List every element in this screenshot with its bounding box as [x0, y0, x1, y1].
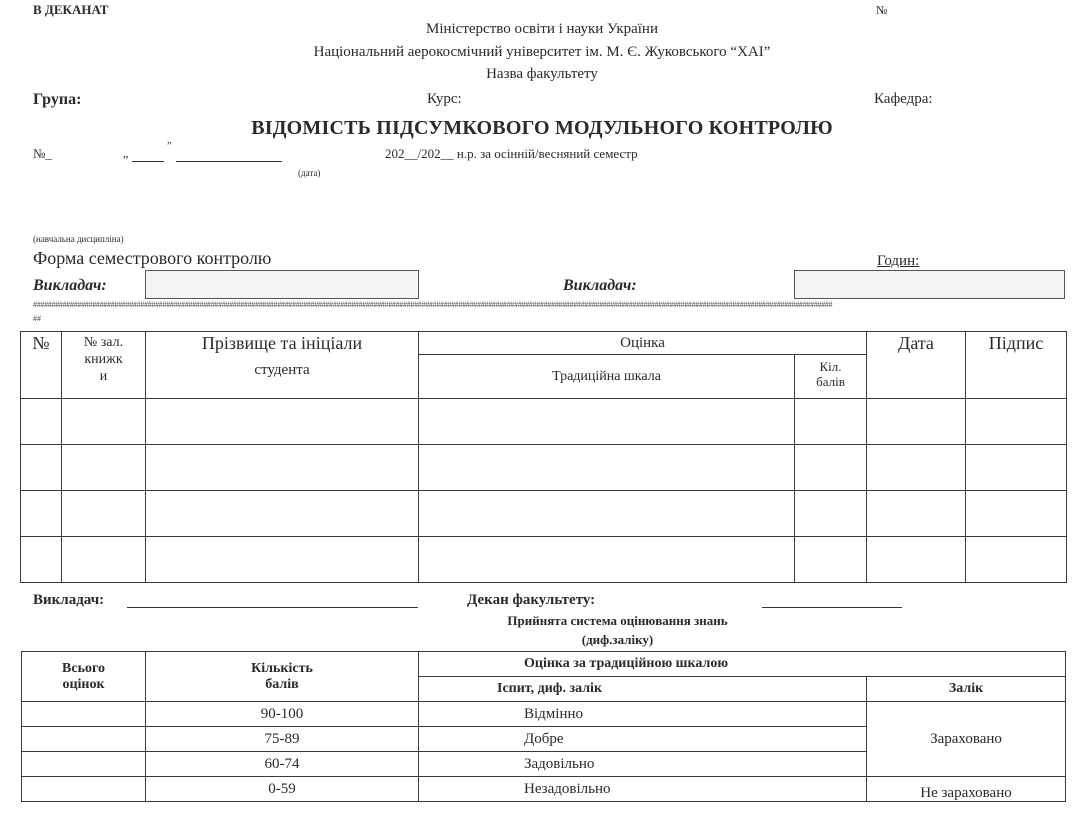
col-header-date: Дата	[867, 332, 966, 399]
students-grades-table: № № зал. книжк и Прізвище та ініціали ст…	[20, 331, 1067, 583]
cell-record-book[interactable]	[62, 491, 146, 537]
cell-number[interactable]	[21, 445, 62, 491]
hash-overflow-line-continued: ##	[33, 314, 41, 323]
teacher-field-right[interactable]	[794, 270, 1065, 299]
form-of-control-label: Форма семестрового контролю	[33, 248, 271, 269]
cell-range: 75-89	[146, 727, 419, 752]
date-day-field[interactable]	[132, 161, 164, 162]
cell-total[interactable]	[22, 727, 146, 752]
col-header-traditional-scale: Оцінка за традиційною шкалою	[419, 652, 1066, 677]
discipline-caption: (навчальна дисципліна)	[33, 234, 124, 244]
cell-range: 0-59	[146, 777, 419, 802]
document-number-label: №	[876, 3, 887, 18]
cell-number[interactable]	[21, 537, 62, 583]
academic-year-line: 202__/202__ н.р. за осінній/весняний сем…	[385, 146, 638, 162]
faculty-name: Назва факультету	[0, 66, 1084, 83]
dean-signature-label: Декан факультету:	[467, 592, 595, 609]
grading-system-subtitle: (диф.заліку)	[465, 632, 770, 648]
col-header-number: №	[21, 332, 62, 399]
cell-credit-passed: Зараховано	[867, 702, 1066, 777]
cell-range: 90-100	[146, 702, 419, 727]
table-row	[21, 445, 1067, 491]
teacher-signature-field[interactable]	[127, 607, 418, 608]
cell-traditional-scale[interactable]	[419, 491, 795, 537]
cell-traditional-scale[interactable]	[419, 537, 795, 583]
cell-total[interactable]	[22, 777, 146, 802]
grade-row: 0-59 Незадовільно Не зараховано	[22, 777, 1066, 802]
points-count-line-2: балів	[146, 677, 418, 693]
cell-exam-grade: Задовільно	[419, 752, 867, 777]
teacher-field-left[interactable]	[145, 270, 419, 299]
cell-points[interactable]	[795, 491, 867, 537]
table-row	[21, 537, 1067, 583]
col-header-total-grades: Всього оцінок	[22, 652, 146, 702]
cell-signature[interactable]	[966, 399, 1067, 445]
document-title: ВІДОМІСТЬ ПІДСУМКОВОГО МОДУЛЬНОГО КОНТРО…	[0, 117, 1084, 140]
date-caption: (дата)	[298, 168, 320, 178]
points-line-1: Кіл.	[795, 359, 866, 374]
cell-record-book[interactable]	[62, 399, 146, 445]
group-label: Група:	[33, 91, 81, 109]
table-row	[21, 491, 1067, 537]
grading-scale-table: Всього оцінок Кількість балів Оцінка за …	[21, 651, 1066, 802]
record-book-line-2: книжк	[62, 351, 145, 368]
student-name-line-2: студента	[146, 362, 418, 379]
quote-open: „	[123, 146, 128, 161]
ministry-name: Міністерство освіти і науки України	[0, 21, 1084, 38]
col-header-signature: Підпис	[966, 332, 1067, 399]
grading-system-title: Прийнята система оцінювання знань	[465, 613, 770, 629]
date-month-field[interactable]	[176, 161, 282, 162]
cell-credit-failed: Не зараховано	[867, 777, 1066, 802]
col-header-record-book: № зал. книжк и	[62, 332, 146, 399]
cell-signature[interactable]	[966, 537, 1067, 583]
cell-date[interactable]	[867, 491, 966, 537]
cell-student-name[interactable]	[146, 491, 419, 537]
col-header-exam: Іспит, диф. залік	[419, 677, 867, 702]
cell-exam-grade: Добре	[419, 727, 867, 752]
col-header-grade: Оцінка	[419, 332, 867, 355]
hash-overflow-line: ########################################…	[33, 300, 1053, 309]
col-header-traditional-scale: Традиційна шкала	[419, 355, 795, 399]
department-label: Кафедра:	[874, 91, 933, 108]
cell-exam-grade: Незадовільно	[419, 777, 867, 802]
record-book-line-3: и	[62, 368, 145, 385]
record-book-line-1: № зал.	[62, 334, 145, 351]
total-line-2: оцінок	[22, 677, 145, 693]
grade-row: 90-100 Відмінно Зараховано	[22, 702, 1066, 727]
col-header-credit: Залік	[867, 677, 1066, 702]
hours-label: Годин:	[877, 253, 919, 270]
cell-range: 60-74	[146, 752, 419, 777]
cell-points[interactable]	[795, 445, 867, 491]
cell-total[interactable]	[22, 752, 146, 777]
cell-date[interactable]	[867, 399, 966, 445]
teacher-label-right: Викладач:	[563, 277, 637, 295]
to-dean-office-label: В ДЕКАНАТ	[33, 2, 108, 18]
col-header-points: Кіл. балів	[795, 355, 867, 399]
cell-number[interactable]	[21, 399, 62, 445]
student-name-line-1: Прізвище та ініціали	[146, 333, 418, 354]
cell-student-name[interactable]	[146, 445, 419, 491]
dean-signature-field[interactable]	[762, 607, 902, 608]
cell-signature[interactable]	[966, 491, 1067, 537]
course-label: Курс:	[427, 91, 462, 108]
points-line-2: балів	[795, 374, 866, 389]
col-header-points-count: Кількість балів	[146, 652, 419, 702]
table-row	[21, 399, 1067, 445]
cell-date[interactable]	[867, 537, 966, 583]
university-name: Національний аерокосмічний університет і…	[0, 44, 1084, 61]
cell-signature[interactable]	[966, 445, 1067, 491]
quote-close: ”	[167, 141, 171, 152]
col-header-student-name: Прізвище та ініціали студента	[146, 332, 419, 399]
cell-points[interactable]	[795, 399, 867, 445]
cell-exam-grade: Відмінно	[419, 702, 867, 727]
cell-record-book[interactable]	[62, 537, 146, 583]
cell-student-name[interactable]	[146, 399, 419, 445]
cell-total[interactable]	[22, 702, 146, 727]
total-line-1: Всього	[22, 661, 145, 677]
cell-traditional-scale[interactable]	[419, 445, 795, 491]
cell-number[interactable]	[21, 491, 62, 537]
cell-date[interactable]	[867, 445, 966, 491]
points-count-line-1: Кількість	[146, 661, 418, 677]
statement-number: №_	[33, 146, 52, 162]
cell-record-book[interactable]	[62, 445, 146, 491]
cell-points[interactable]	[795, 537, 867, 583]
teacher-signature-label: Викладач:	[33, 592, 104, 609]
cell-traditional-scale[interactable]	[419, 399, 795, 445]
cell-student-name[interactable]	[146, 537, 419, 583]
teacher-label-left: Викладач:	[33, 277, 107, 295]
